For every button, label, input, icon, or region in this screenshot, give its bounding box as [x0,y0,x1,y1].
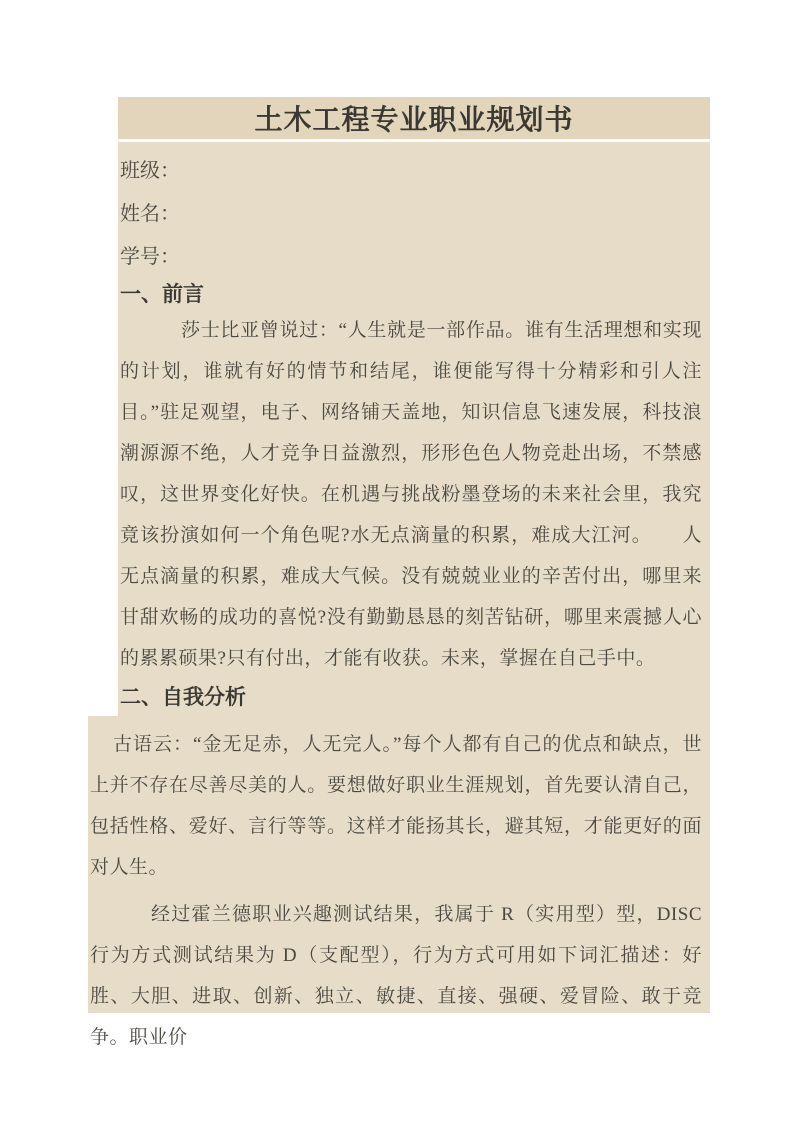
paragraph-self-analysis-1: 古语云：“金无足赤，人无完人。”每个人都有自己的优点和缺点，世上并不存在尽善尽美… [90,724,702,888]
field-class: 班级： [120,147,702,190]
document-body-lower: 古语云：“金无足赤，人无完人。”每个人都有自己的优点和缺点，世上并不存在尽善尽美… [88,716,710,1013]
document-title: 土木工程专业职业规划书 [254,98,573,138]
paragraph-preface: 莎士比亚曾说过：“人生就是一部作品。谁有生活理想和实现的计划，谁就有好的情节和结… [120,310,702,679]
section-heading-preface: 一、前言 [120,276,702,310]
section-heading-self-analysis: 二、自我分析 [120,679,702,713]
document-page: 土木工程专业职业规划书 班级： 姓名： 学号： 一、前言 莎士比亚曾说过：“人生… [0,0,793,1122]
field-student-id: 学号： [120,233,702,276]
title-band: 土木工程专业职业规划书 [118,97,710,139]
document-body-upper: 班级： 姓名： 学号： 一、前言 莎士比亚曾说过：“人生就是一部作品。谁有生活理… [118,142,710,716]
field-name: 姓名： [120,190,702,233]
paragraph-self-analysis-2: 经过霍兰德职业兴趣测试结果，我属于 R（实用型）型，DISC 行为方式测试结果为… [90,894,702,1058]
